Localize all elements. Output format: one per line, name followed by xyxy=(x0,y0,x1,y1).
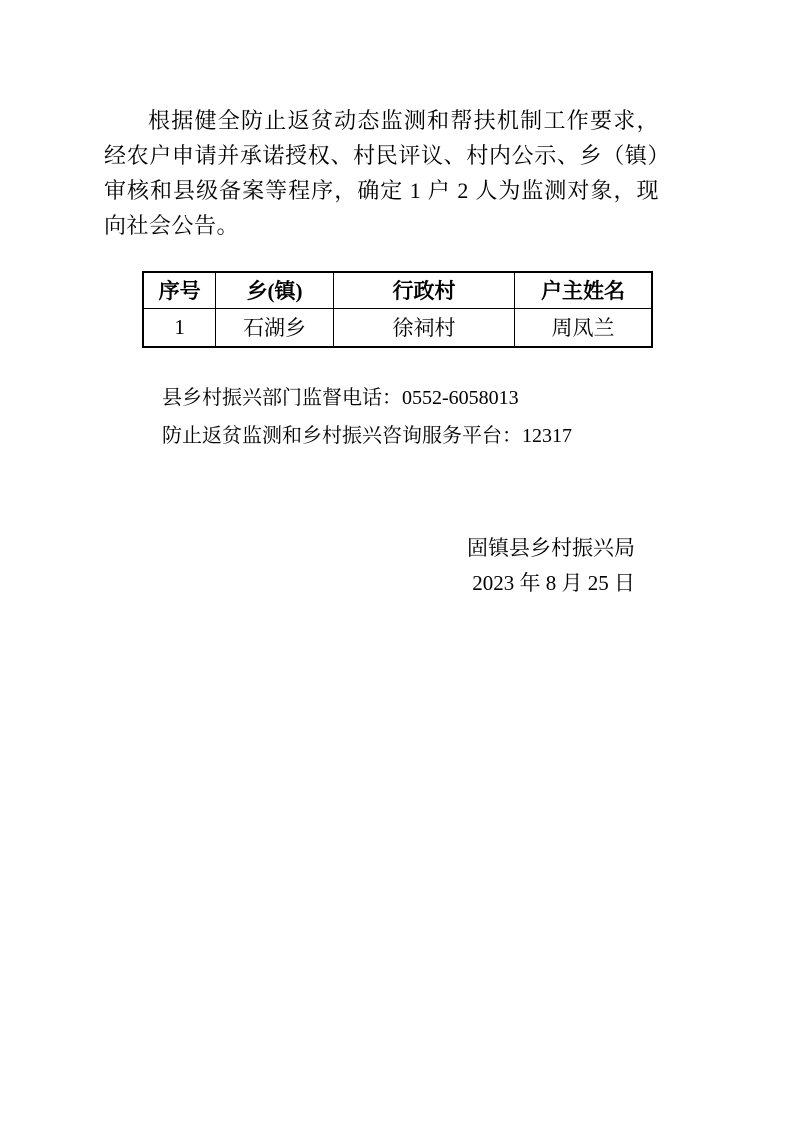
supervision-phone-line: 县乡村振兴部门监督电话：0552-6058013 xyxy=(162,379,659,417)
table-header-village: 行政村 xyxy=(333,272,514,308)
announcement-paragraph: 根据健全防止返贫动态监测和帮扶机制工作要求，经农户申请并承诺授权、村民评议、村内… xyxy=(104,103,659,243)
contact-info: 县乡村振兴部门监督电话：0552-6058013 防止返贫监测和乡村振兴咨询服务… xyxy=(162,379,659,455)
table-cell-village: 徐祠村 xyxy=(333,308,514,347)
table-cell-township: 石湖乡 xyxy=(216,308,334,347)
monitor-subjects-table: 序号 乡(镇) 行政村 户主姓名 1 石湖乡 徐祠村 周凤兰 xyxy=(142,271,653,348)
table-cell-index: 1 xyxy=(143,308,216,347)
table-header-householder: 户主姓名 xyxy=(515,272,652,308)
table-header-row: 序号 乡(镇) 行政村 户主姓名 xyxy=(143,272,652,308)
table-header-township: 乡(镇) xyxy=(216,272,334,308)
table-header-index: 序号 xyxy=(143,272,216,308)
service-platform-line: 防止返贫监测和乡村振兴咨询服务平台：12317 xyxy=(162,417,659,455)
signature-organization: 固镇县乡村振兴局 xyxy=(104,531,635,566)
signature-date: 2023 年 8 月 25 日 xyxy=(104,566,635,601)
document-page: 根据健全防止返贫动态监测和帮扶机制工作要求，经农户申请并承诺授权、村民评议、村内… xyxy=(0,0,793,1122)
signature-block: 固镇县乡村振兴局 2023 年 8 月 25 日 xyxy=(104,531,659,601)
document-content: 根据健全防止返贫动态监测和帮扶机制工作要求，经农户申请并承诺授权、村民评议、村内… xyxy=(0,0,793,601)
table-cell-householder: 周凤兰 xyxy=(515,308,652,347)
table-row: 1 石湖乡 徐祠村 周凤兰 xyxy=(143,308,652,347)
